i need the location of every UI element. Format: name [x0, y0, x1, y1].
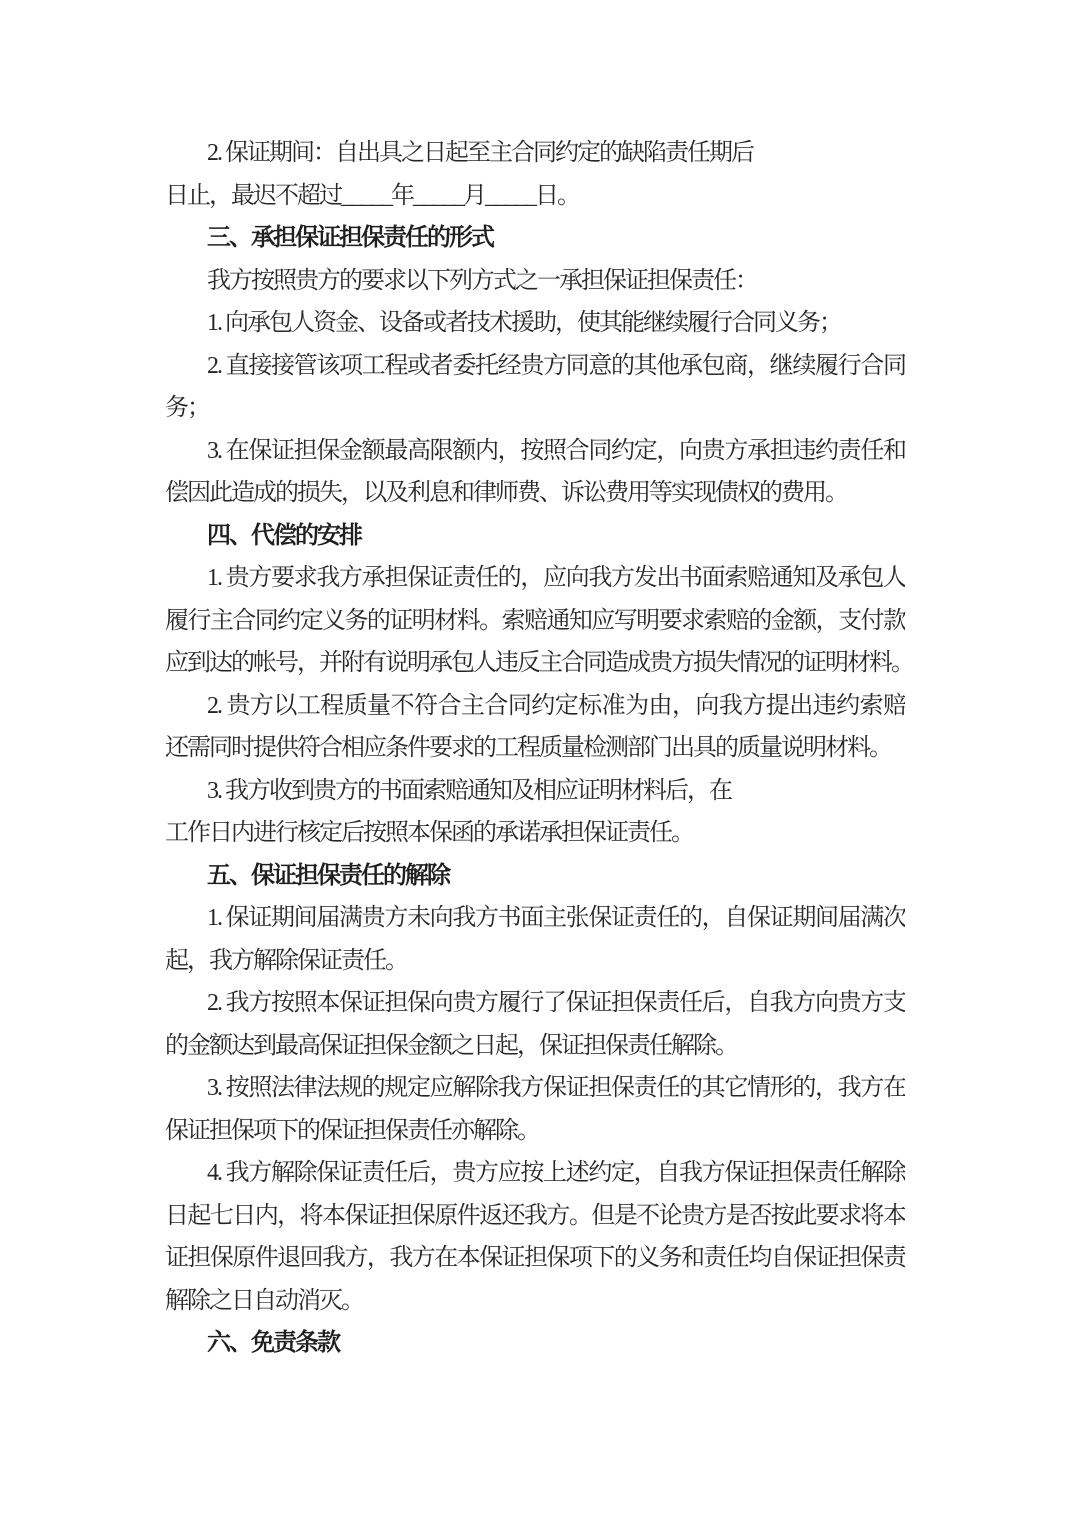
document-line: 日起七日内，将本保证担保原件返还我方。但是不论贵方是否按此要求将本保: [165, 1195, 905, 1238]
document-page: 2. 保证期间：自出具之日起至主合同约定的缺陷责任期后日止，最迟不超过_____…: [0, 0, 1080, 1527]
document-line: 务；: [165, 387, 905, 430]
section-heading: 四、代偿的安排: [165, 515, 905, 558]
document-line: 3. 我方收到贵方的书面索赔通知及相应证明材料后，在: [165, 770, 905, 813]
section-heading: 六、免责条款: [165, 1322, 905, 1365]
document-line: 2. 直接接管该项工程或者委托经贵方同意的其他承包商，继续履行合同义: [165, 345, 905, 388]
document-line: 3. 按照法律法规的规定应解除我方保证担保责任的其它情形的，我方在本: [165, 1067, 905, 1110]
document-line: 1. 保证期间届满贵方未向我方书面主张保证责任的，自保证期间届满次日: [165, 897, 905, 940]
document-line: 2. 我方按照本保证担保向贵方履行了保证担保责任后，自我方向贵方支付: [165, 982, 905, 1025]
document-line: 我方按照贵方的要求以下列方式之一承担保证担保责任：: [165, 260, 905, 303]
document-line: 4. 我方解除保证责任后，贵方应按上述约定，自我方保证担保责任解除之: [165, 1152, 905, 1195]
document-line: 保证担保项下的保证担保责任亦解除。: [165, 1110, 905, 1153]
document-line: 3. 在保证担保金额最高限额内，按照合同约定，向贵方承担违约责任和赔: [165, 430, 905, 473]
document-line: 日止，最迟不超过_____年_____月_____日。: [165, 175, 905, 218]
document-line: 工作日内进行核定后按照本保函的承诺承担保证责任。: [165, 812, 905, 855]
document-body: 2. 保证期间：自出具之日起至主合同约定的缺陷责任期后日止，最迟不超过_____…: [165, 132, 905, 1365]
section-heading: 五、保证担保责任的解除: [165, 855, 905, 898]
document-line: 的金额达到最高保证担保金额之日起，保证担保责任解除。: [165, 1025, 905, 1068]
document-line: 1. 贵方要求我方承担保证责任的，应向我方发出书面索赔通知及承包人未: [165, 557, 905, 600]
document-line: 应到达的帐号，并附有说明承包人违反主合同造成贵方损失情况的证明材料。: [165, 642, 905, 685]
document-line: 解除之日自动消灭。: [165, 1280, 905, 1323]
document-line: 2. 贵方以工程质量不符合主合同约定标准为由，向我方提出违约索赔的，: [165, 685, 905, 728]
document-line: 还需同时提供符合相应条件要求的工程质量检测部门出具的质量说明材料。: [165, 727, 905, 770]
document-line: 2. 保证期间：自出具之日起至主合同约定的缺陷责任期后: [165, 132, 905, 175]
document-line: 1. 向承包人资金、设备或者技术援助，使其能继续履行合同义务；: [165, 302, 905, 345]
document-line: 证担保原件退回我方，我方在本保证担保项下的义务和责任均自保证担保责任: [165, 1237, 905, 1280]
document-line: 起，我方解除保证责任。: [165, 940, 905, 983]
document-line: 偿因此造成的损失，以及利息和律师费、诉讼费用等实现债权的费用。: [165, 472, 905, 515]
document-line: 履行主合同约定义务的证明材料。索赔通知应写明要求索赔的金额，支付款项: [165, 600, 905, 643]
section-heading: 三、承担保证担保责任的形式: [165, 217, 905, 260]
